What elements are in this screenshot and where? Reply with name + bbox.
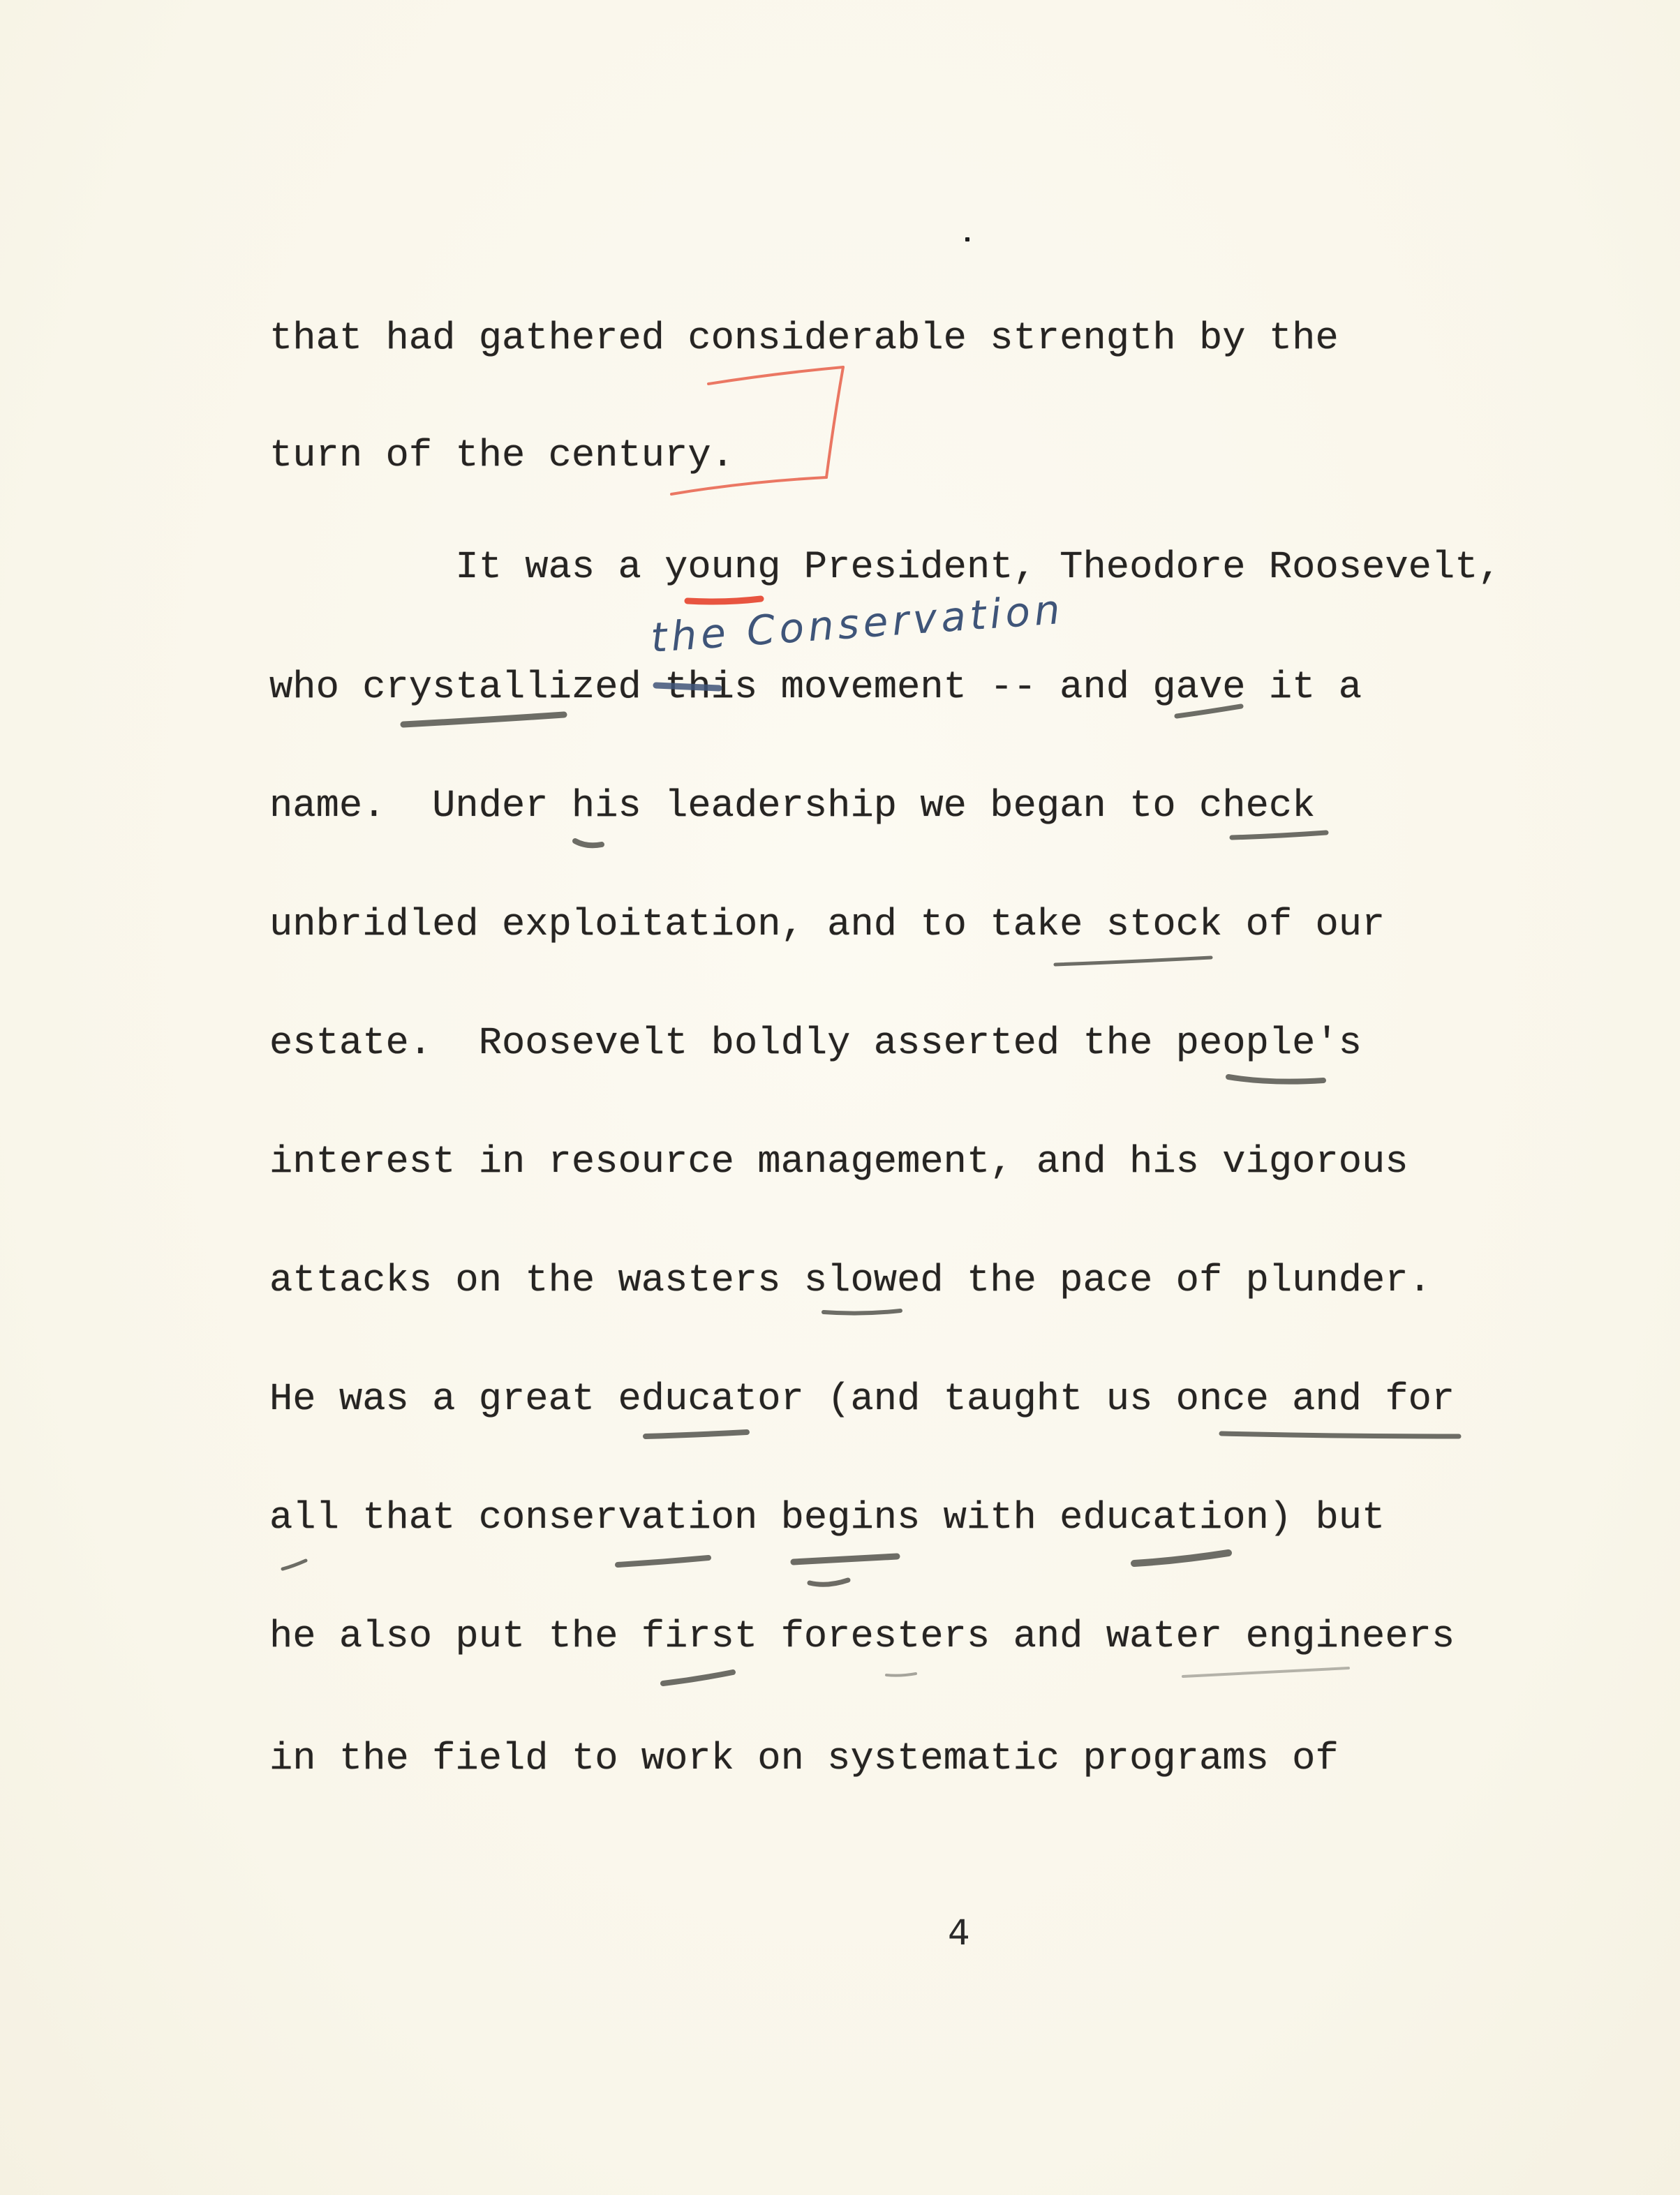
- text-line-7: estate. Roosevelt boldly asserted the pe…: [269, 1024, 1362, 1062]
- text-line-9: attacks on the wasters slowed the pace o…: [269, 1261, 1432, 1300]
- page-number: 4: [948, 1912, 970, 1953]
- text-line-13: in the field to work on systematic progr…: [269, 1739, 1339, 1778]
- text-line-8: interest in resource management, and his…: [269, 1143, 1408, 1181]
- text-line-3: It was a young President, Theodore Roose…: [269, 548, 1501, 586]
- stray-dot-mark: [965, 237, 969, 241]
- text-line-4: who crystallized this movement -- and ga…: [269, 668, 1362, 706]
- handwritten-insertion: the Conservation: [649, 586, 1065, 662]
- document-page: that had gathered considerable strength …: [0, 0, 1680, 2195]
- text-line-6: unbridled exploitation, and to take stoc…: [269, 905, 1385, 944]
- text-line-10: He was a great educator (and taught us o…: [269, 1380, 1455, 1418]
- text-line-5: name. Under his leadership we began to c…: [269, 787, 1315, 825]
- text-line-2: turn of the century.: [269, 436, 734, 475]
- text-line-11: all that conservation begins with educat…: [269, 1498, 1385, 1537]
- text-line-12: he also put the first foresters and wate…: [269, 1617, 1455, 1655]
- red-underline-young: [687, 599, 761, 602]
- text-line-1: that had gathered considerable strength …: [269, 319, 1339, 357]
